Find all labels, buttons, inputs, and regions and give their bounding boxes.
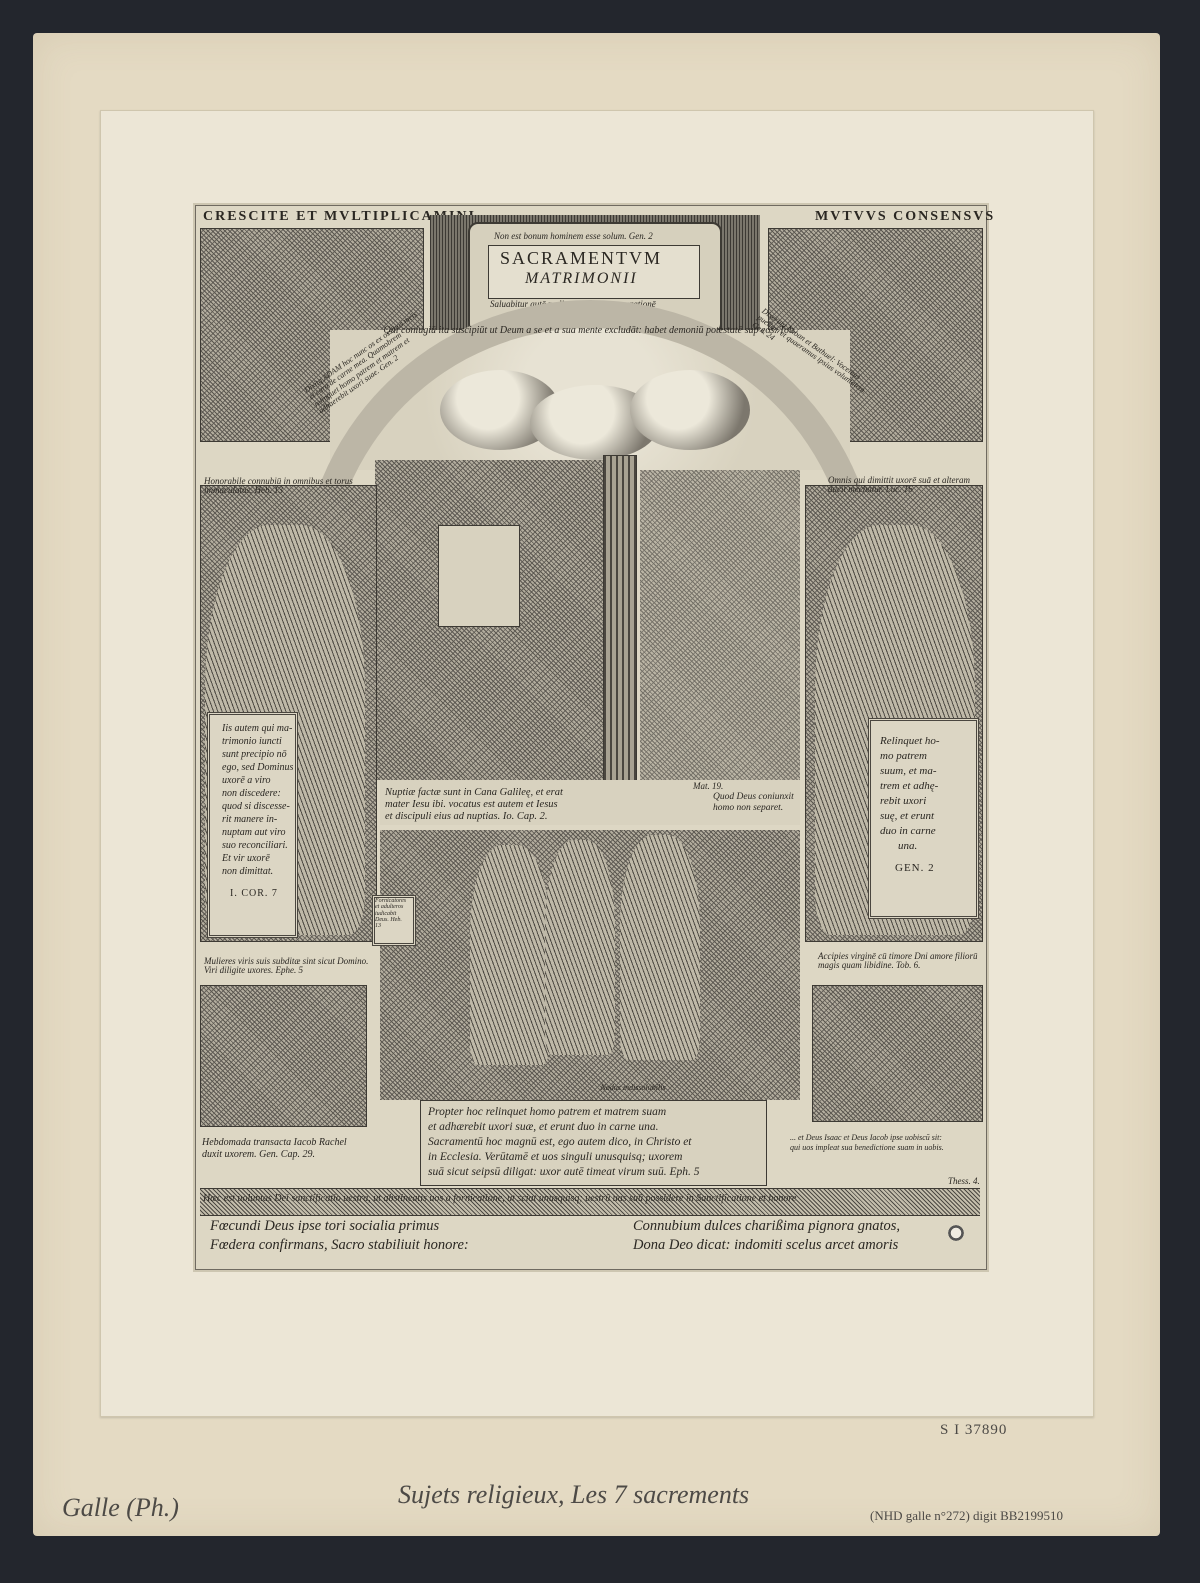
center-caption-line-4: suā sicut seipsū diligat: uxor autē time… <box>428 1166 700 1178</box>
canopy-banner <box>438 525 520 627</box>
center-caption-line-0: Propter hoc relinquet homo patrem et mat… <box>428 1106 666 1118</box>
thessalonians-reference: Thess. 4. <box>948 1177 980 1186</box>
band-text: Hæc est uoluntas Dei sanctificatio uestr… <box>203 1194 983 1205</box>
priest-figure <box>545 840 615 1055</box>
tablet-left-line-9: suo reconciliari. <box>222 841 288 852</box>
tablet-right-line-7: una. <box>898 841 917 853</box>
label-left-bottom-line-1: duxit uxorem. Gen. Cap. 29. <box>202 1150 315 1161</box>
verse-left-line-0: Fœcundi Deus ipse tori socialia primus <box>210 1217 439 1236</box>
tablet-right-reference: GEN. 2 <box>895 862 935 874</box>
corner-text-top-right: MVTVVS CONSENSVS <box>815 209 995 225</box>
label-right-bottom-line-0: ... et Deus Isaac et Deus Iacob ipse uob… <box>790 1134 942 1142</box>
title-line-2: MATRIMONII <box>525 270 638 288</box>
panel-tobias <box>812 985 983 1122</box>
verse-left-line-1: Fœdera confirmans, Sacro stabiliuit hono… <box>210 1236 469 1255</box>
matthew-reference: Mat. 19. <box>693 782 723 791</box>
inventory-number: S I 37890 <box>940 1422 1007 1439</box>
tablet-left-line-2: sunt precipio nō <box>222 750 287 761</box>
panel-jacob-rachel <box>200 985 367 1127</box>
tablet-right-line-6: duo in carne <box>880 826 936 838</box>
label-right-upper: Omnis qui dimittit uxorē suā et alteram … <box>828 476 978 495</box>
tablet-left-line-4: uxorē a viro <box>222 776 271 787</box>
tablet-right-line-4: rebit uxori <box>880 796 926 808</box>
fornicatores-text: Fornicatores et adulteros iudicabit Deus… <box>375 898 409 929</box>
tablet-left-line-7: rit manere in- <box>222 815 277 826</box>
title-line-1: SACRAMENTVM <box>500 248 662 269</box>
street-scene <box>640 470 800 780</box>
label-left-upper: Honorabile connubiū in omnibus et torus … <box>204 477 369 496</box>
tablet-left-line-3: ego, sed Dominus <box>222 763 293 774</box>
tablet-left-line-6: quod si discesse- <box>222 802 290 813</box>
tablet-left-line-8: nuptam aut viro <box>222 828 286 839</box>
tablet-right-line-5: suę, et erunt <box>880 811 934 823</box>
verse-right-line-0: Connubium dulces charißima pignora gnato… <box>633 1217 900 1236</box>
central-column <box>603 455 637 787</box>
subject-note: Sujets religieux, Les 7 sacrements <box>398 1480 749 1510</box>
matthew-caption-line-0: Quod Deus coniunxit <box>713 793 794 803</box>
artist-note: Galle (Ph.) <box>62 1493 179 1523</box>
tablet-left-line-0: Iis autem qui ma- <box>222 724 292 735</box>
cartouche-top-text: Non est bonum hominem esse solum. Gen. 2 <box>494 232 653 241</box>
center-caption-line-3: in Ecclesia. Verūtamē et uos singuli unu… <box>428 1151 682 1163</box>
cloud-right <box>630 370 750 450</box>
tablet-left-line-5: non discedere: <box>222 789 281 800</box>
collection-stamp-icon <box>948 1223 964 1243</box>
matthew-caption-line-1: homo non separet. <box>713 804 783 814</box>
label-left-bottom-line-0: Hebdomada transacta Iacob Rachel <box>202 1138 347 1149</box>
center-caption-line-2: Sacramentū hoc magnū est, ego autem dico… <box>428 1136 692 1148</box>
cana-caption-line-2: et discipuli eius ad nuptias. Io. Cap. 2… <box>385 811 547 822</box>
cana-caption-line-0: Nuptiæ factæ sunt in Cana Galileę, et er… <box>385 787 563 798</box>
reference-note: (NHD galle n°272) digit BB2199510 <box>870 1508 1063 1524</box>
tablet-right-line-2: suum, et ma- <box>880 766 937 778</box>
tablet-right-line-3: trem et adhę- <box>880 781 938 793</box>
label-right-bottom-line-1: qui uos impleat sua benedictione suam in… <box>790 1144 944 1152</box>
nodus-label: Nodus indissolubilis <box>598 1084 668 1092</box>
tablet-right-line-0: Relinquet ho- <box>880 736 940 748</box>
tablet-left-line-10: Et vir uxorē <box>222 854 270 865</box>
tablet-left-line-1: trimonio iuncti <box>222 737 282 748</box>
cana-caption-line-1: mater Iesu ibi. vocatus est autem et Ies… <box>385 799 558 810</box>
verse-right-line-1: Dona Deo dicat: indomiti scelus arcet am… <box>633 1236 898 1255</box>
label-right-lower: Accipies virginē cū timore Dni amore fil… <box>818 952 983 971</box>
bride-figure <box>470 845 550 1065</box>
label-left-lower: Mulieres viris suis subditæ sint sicut D… <box>204 957 369 976</box>
groom-figure <box>620 835 700 1060</box>
tablet-left-line-11: non dimittat. <box>222 867 273 878</box>
tablet-left-reference: I. COR. 7 <box>230 888 278 899</box>
tablet-right-line-1: mo patrem <box>880 751 927 763</box>
center-caption-line-1: et adhærebit uxori suæ, et erunt duo in … <box>428 1121 659 1133</box>
